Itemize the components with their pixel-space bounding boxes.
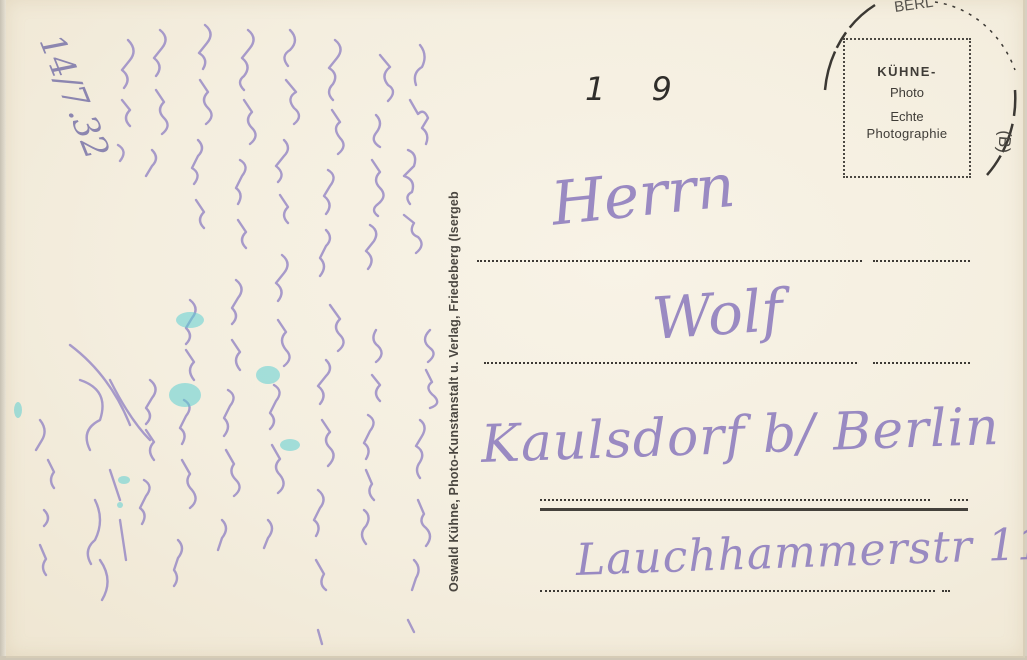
- address-name: Wolf: [650, 276, 785, 353]
- address-line-2: [484, 362, 857, 364]
- address-line-1: [477, 260, 862, 262]
- svg-text:(B): (B): [994, 130, 1015, 154]
- address-line-4-end: [942, 590, 950, 592]
- pencil-annotation: 1 9: [585, 70, 690, 108]
- handwritten-message: [0, 0, 470, 660]
- address-line-1-end: [873, 260, 970, 262]
- stamp-brand: KÜHNE-: [845, 64, 969, 79]
- ink-smudge-icon: [14, 312, 300, 508]
- address-line-3-end: [950, 499, 968, 501]
- stamp-placement-box: KÜHNE- Photo Echte Photographie: [843, 38, 971, 178]
- stamp-line-echte: Echte: [845, 109, 969, 124]
- address-line-4: [540, 590, 935, 592]
- address-line-3: [540, 499, 930, 501]
- stamp-line-photo: Photo: [845, 85, 969, 100]
- address-underline-bar: [540, 508, 968, 511]
- address-line-2-end: [873, 362, 970, 364]
- svg-text:BERL: BERL: [893, 0, 934, 16]
- stamp-line-photographie: Photographie: [845, 126, 969, 141]
